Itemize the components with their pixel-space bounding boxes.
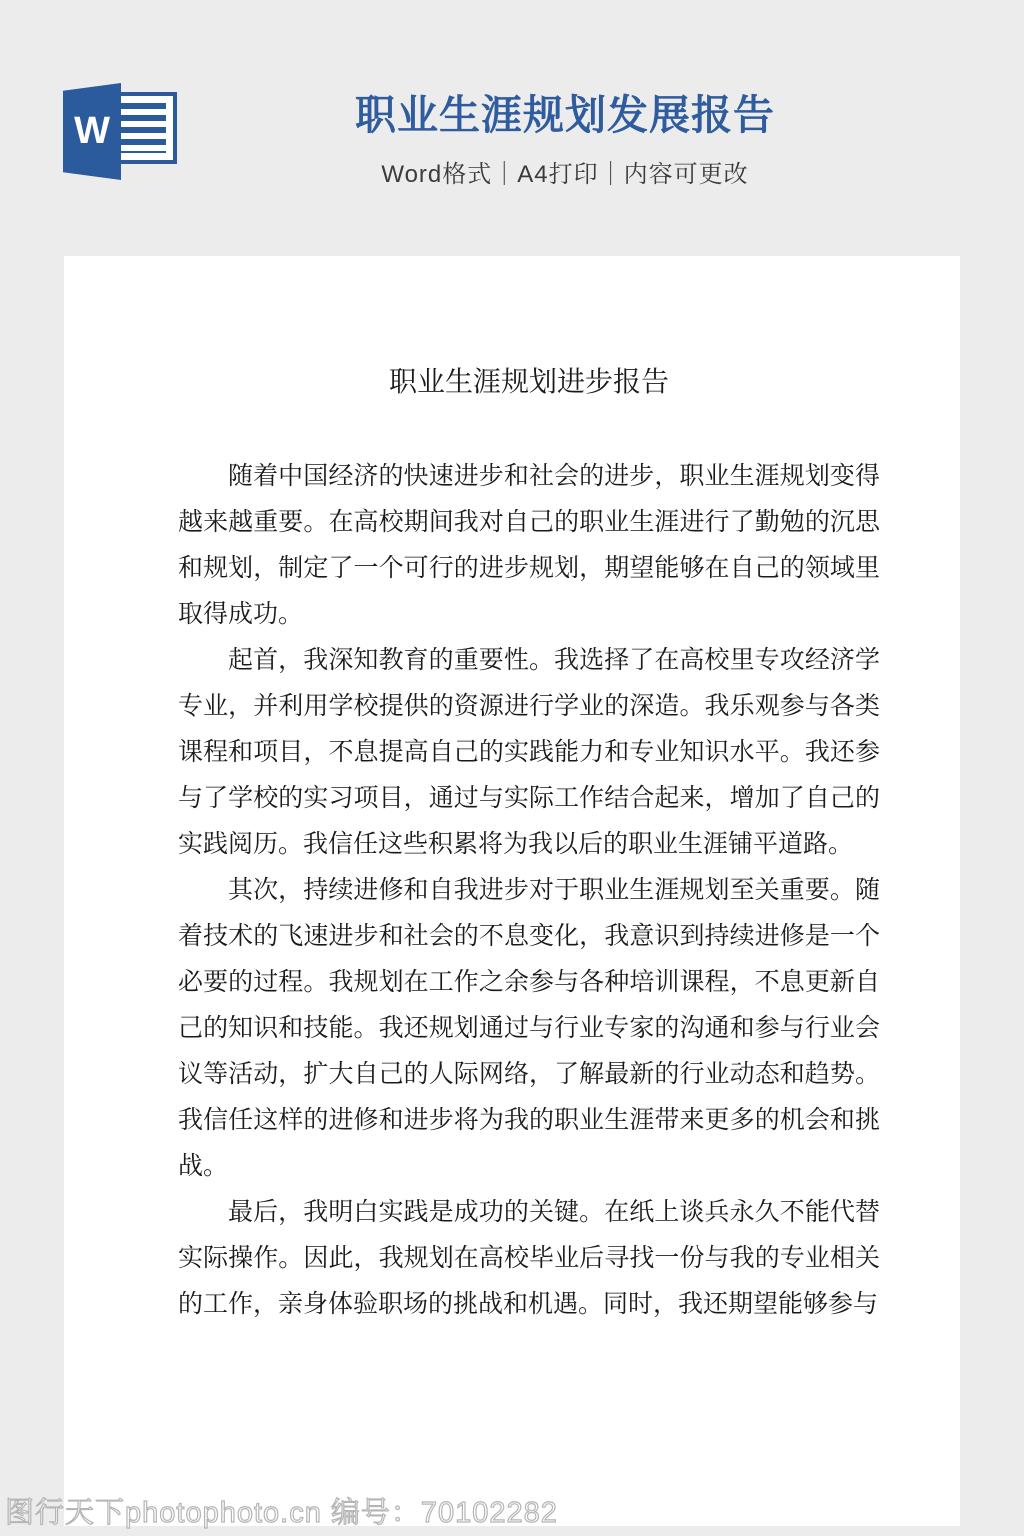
word-icon-text-lines xyxy=(121,103,166,153)
document-paragraph-3: 其次，持续进修和自我进步对于职业生涯规划至关重要。随着技术的飞速进步和社会的不息… xyxy=(178,868,880,1190)
word-icon-w-panel: W xyxy=(63,83,121,180)
watermark: 图行天下photophoto.cn 编号：70102282 xyxy=(5,1490,558,1531)
document-title: 职业生涯规划进步报告 xyxy=(178,360,880,406)
template-subtitle: Word格式｜A4打印｜内容可更改 xyxy=(355,154,775,189)
word-icon: W xyxy=(63,83,183,183)
document-paragraph-1: 随着中国经济的快速进步和社会的进步，职业生涯规划变得越来越重要。在高校期间我对自… xyxy=(178,454,880,638)
document-sheet: 职业生涯规划进步报告 随着中国经济的快速进步和社会的进步，职业生涯规划变得越来越… xyxy=(64,256,960,1526)
header-text: 职业生涯规划发展报告 Word格式｜A4打印｜内容可更改 xyxy=(355,92,775,189)
template-preview-page: { "header": { "title": "职业生涯规划发展报告", "su… xyxy=(0,0,1024,1536)
template-title: 职业生涯规划发展报告 xyxy=(355,92,775,138)
document-body: 职业生涯规划进步报告 随着中国经济的快速进步和社会的进步，职业生涯规划变得越来越… xyxy=(64,256,960,1328)
header: W 职业生涯规划发展报告 Word格式｜A4打印｜内容可更改 xyxy=(0,0,1024,256)
document-paragraph-4: 最后，我明白实践是成功的关键。在纸上谈兵永久不能代替实际操作。因此，我规划在高校… xyxy=(178,1190,880,1328)
word-icon-letter: W xyxy=(74,110,110,153)
document-paragraph-2: 起首，我深知教育的重要性。我选择了在高校里专攻经济学专业，并利用学校提供的资源进… xyxy=(178,638,880,868)
